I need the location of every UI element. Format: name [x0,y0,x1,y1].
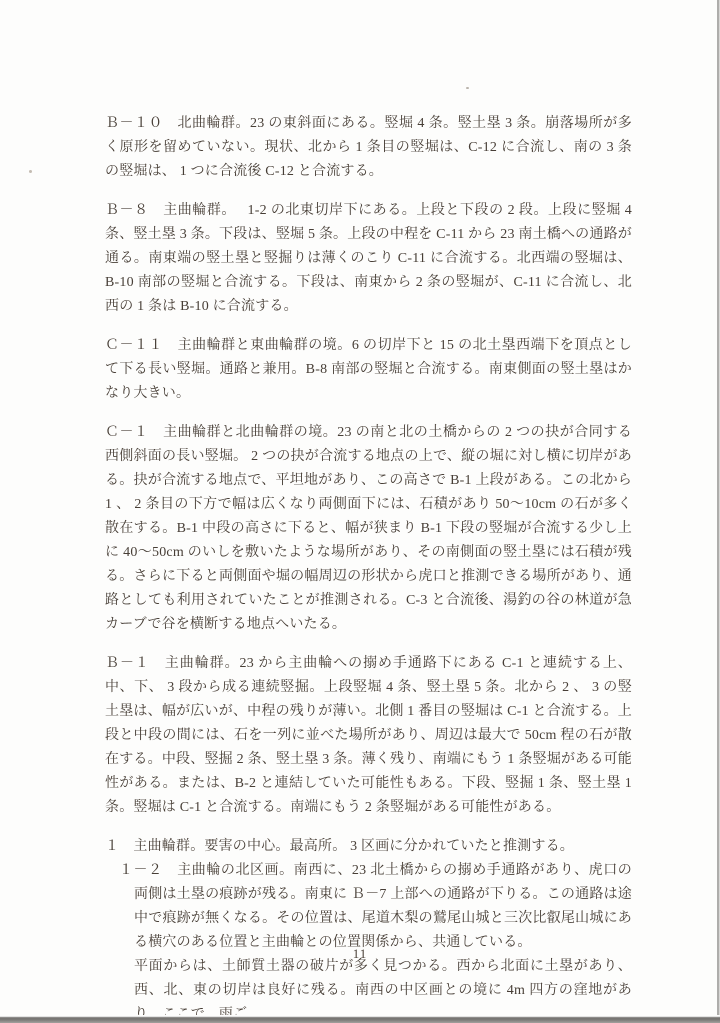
page-bottom-edge-shadow [0,1015,720,1023]
section-1-2: １－２ 主曲輪の北区画。南西に、23 北土橋からの搦め手通路があり、虎口の両側は… [105,859,632,955]
section-b8: Ｂ－８ 主曲輪群。 1-2 の北東切岸下にある。上段と下段の 2 段。上段に竪堀… [105,199,632,319]
page-number: 11 [0,946,720,962]
section-1: １ 主曲輪群。要害の中心。最高所。 3 区画に分かれていたと推測する。 [105,835,632,859]
document-body: Ｂ－１０ 北曲輪群。23 の東斜面にある。竪堀 4 条。竪土塁 3 条。崩落場所… [105,112,632,1023]
section-c1: Ｃ－１ 主曲輪群と北曲輪群の境。23 の南と北の土橋からの 2 つの抉が合同する… [105,421,632,637]
paragraph-heimen: 平面からは、土師質土器の破片が多く見つかる。西から北面に土塁があり、西、北、東の… [134,955,632,1023]
scan-speck [466,87,469,89]
section-b10: Ｂ－１０ 北曲輪群。23 の東斜面にある。竪堀 4 条。竪土塁 3 条。崩落場所… [105,112,632,184]
section-b1: Ｂ－１ 主曲輪群。23 から主曲輪への搦め手通路下にある C-1 と連続する上、… [105,652,632,820]
section-c11: Ｃ－１１ 主曲輪群と東曲輪群の境。6 の切岸下と 15 の北土塁西端下を頂点とし… [105,334,632,406]
scanned-document-page: Ｂ－１０ 北曲輪群。23 の東斜面にある。竪堀 4 条。竪土塁 3 条。崩落場所… [0,0,720,1023]
scan-speck [29,170,32,173]
